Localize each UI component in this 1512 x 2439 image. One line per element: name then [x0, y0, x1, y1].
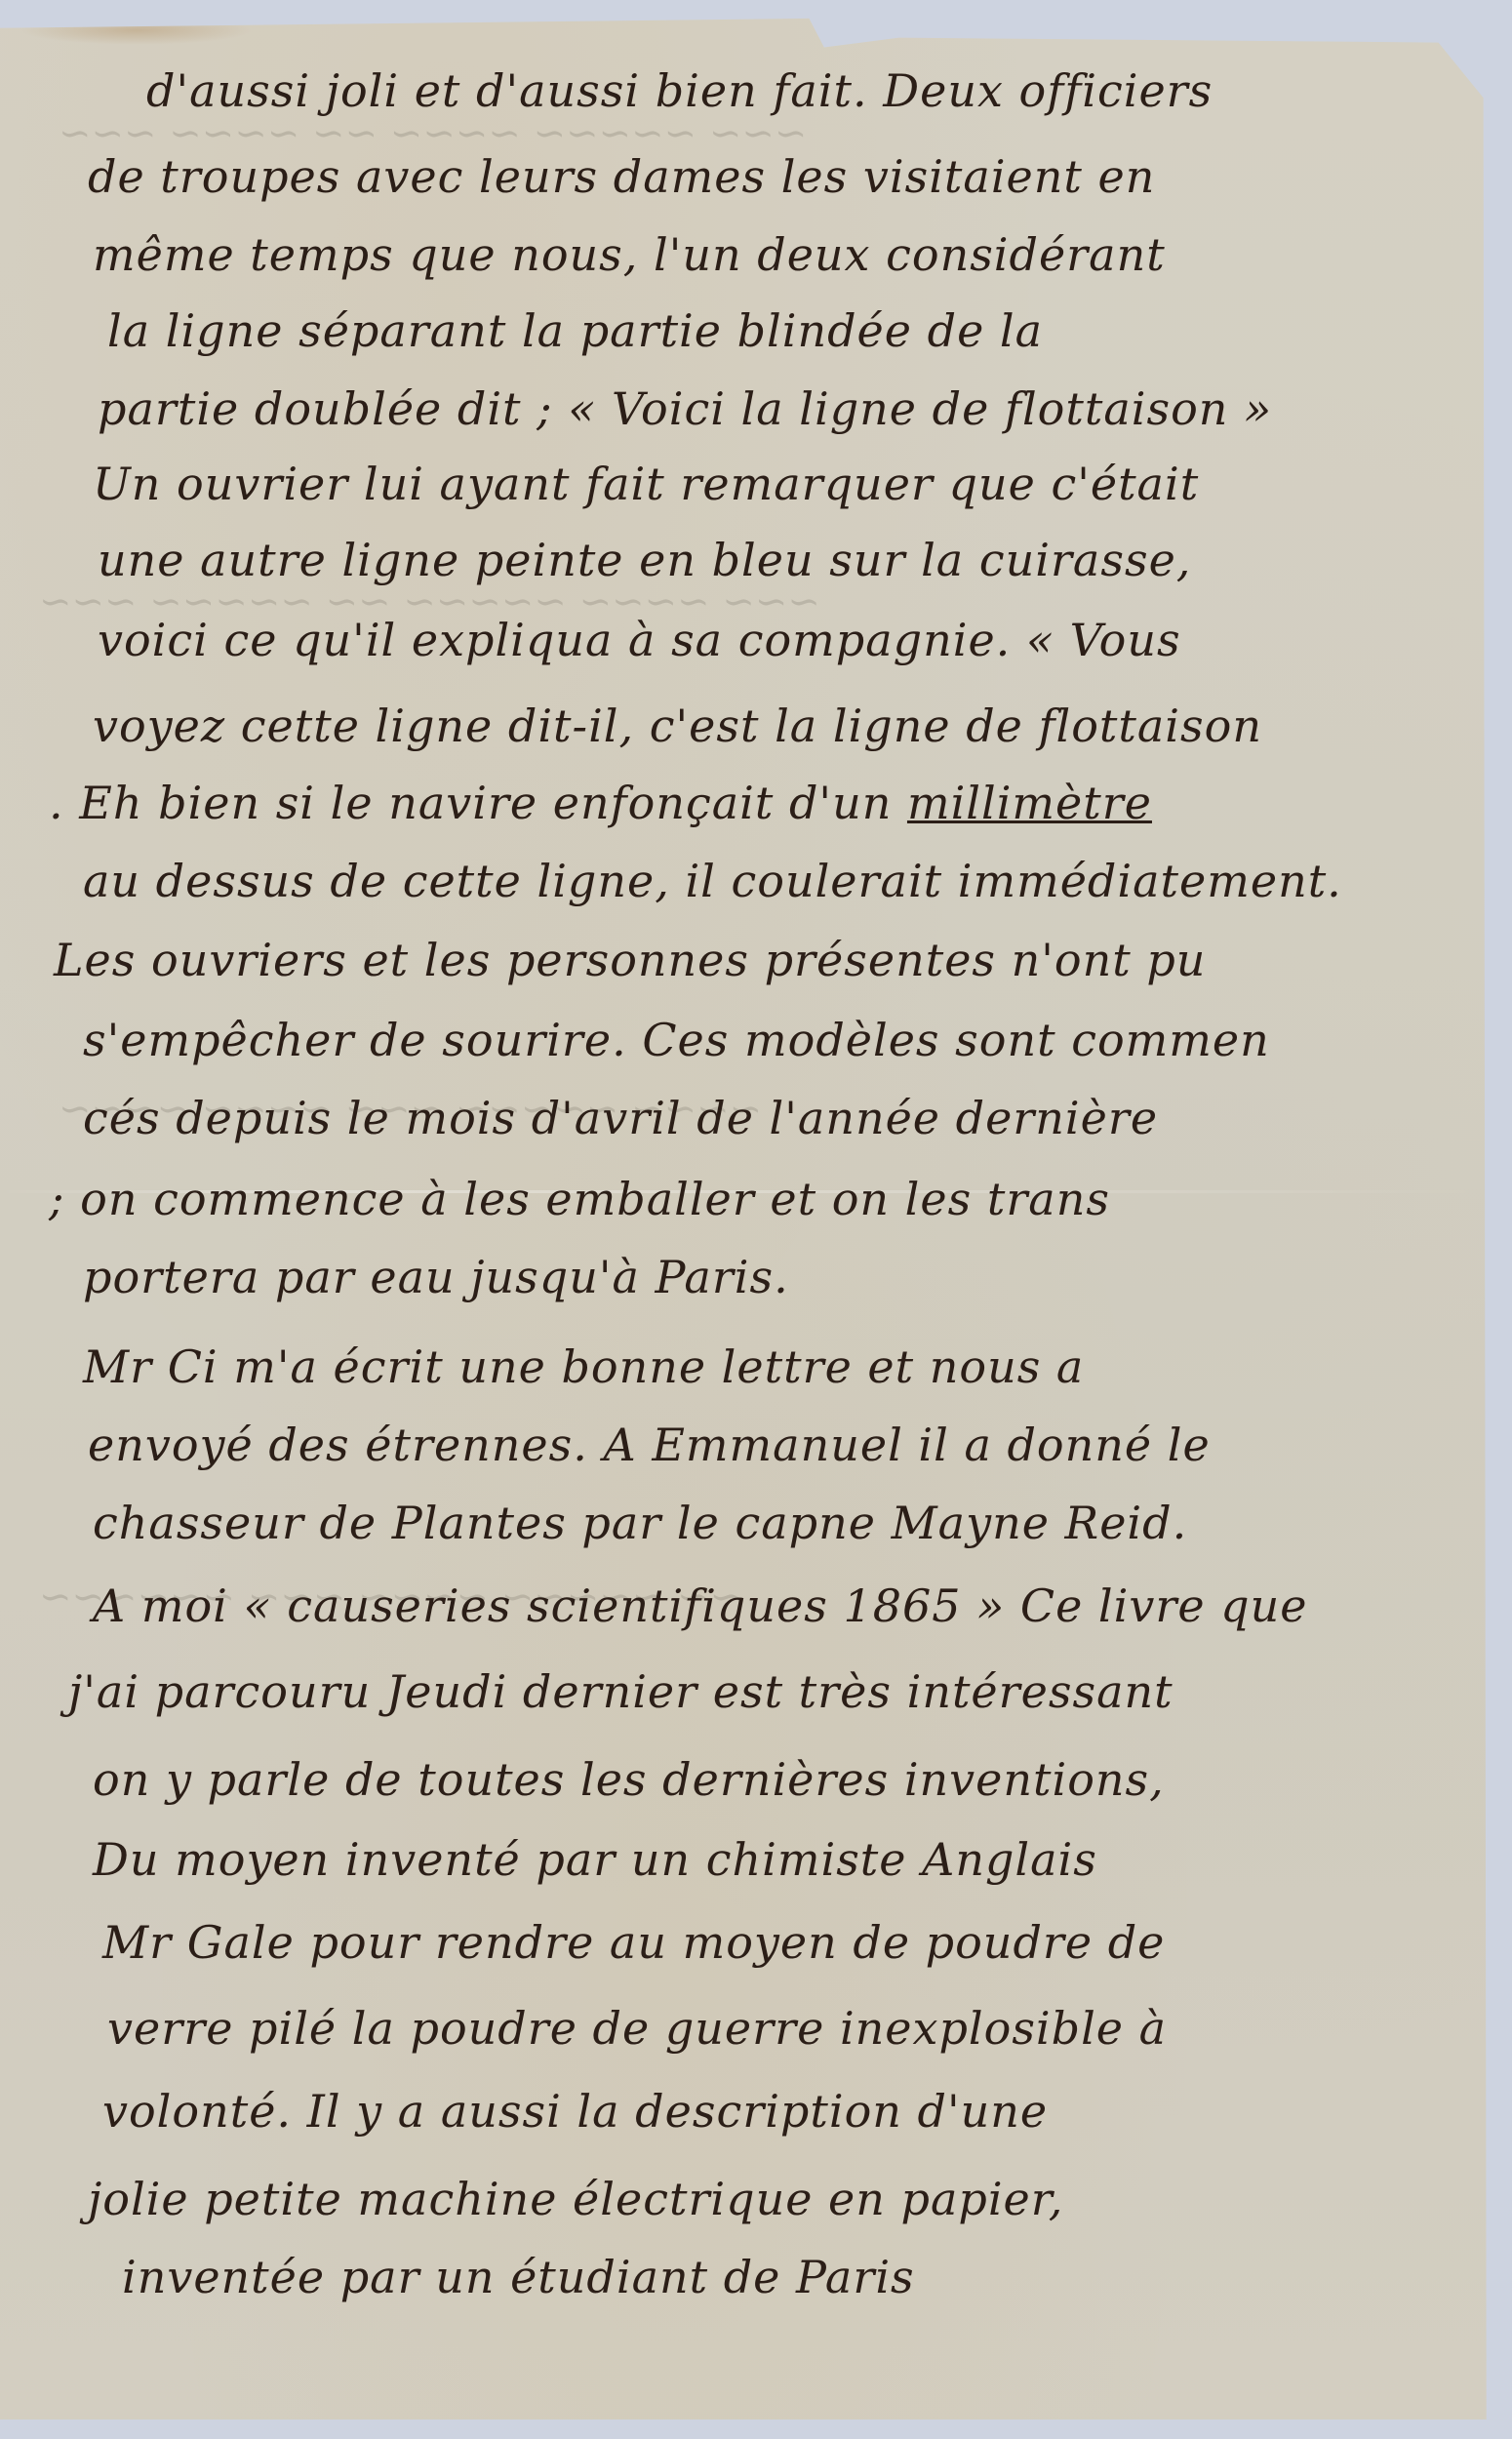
underlined-word: millimètre — [907, 777, 1152, 829]
letter-line-4: la ligne séparant la partie blindée de l… — [107, 304, 1043, 357]
letter-line-23: Du moyen inventé par un chimiste Anglais — [93, 1833, 1097, 1886]
letter-page: ∼∼∼ ∼∼∼∼∼ ∼∼∼∼ ∼∼ ∼∼∼∼ ∼∼∼ ∼∼∼ ∼∼∼∼ ∼∼∼∼… — [0, 14, 1498, 2419]
letter-line-9: voyez cette ligne dit-il, c'est la ligne… — [93, 700, 1262, 752]
letter-line-27: jolie petite machine électrique en papie… — [88, 2173, 1063, 2225]
letter-line-1: d'aussi joli et d'aussi bien fait. Deux … — [146, 64, 1483, 117]
letter-line-14: cés depuis le mois d'avril de l'année de… — [83, 1092, 1158, 1144]
letter-line-25: verre pilé la poudre de guerre inexplosi… — [107, 2002, 1167, 2055]
letter-line-13: s'empêcher de sourire. Ces modèles sont … — [83, 1014, 1270, 1066]
letter-line-21: j'ai parcouru Jeudi dernier est très int… — [68, 1665, 1174, 1718]
letter-line-12: Les ouvriers et les personnes présentes … — [54, 934, 1206, 986]
letter-line-15: ; on commence à les emballer et on les t… — [49, 1173, 1110, 1225]
letter-line-19: chasseur de Plantes par le capne Mayne R… — [93, 1497, 1187, 1549]
letter-line-8: voici ce qu'il expliqua à sa compagnie. … — [98, 614, 1181, 666]
letter-line-6: Un ouvrier lui ayant fait remarquer que … — [93, 458, 1199, 510]
letter-line-28: inventée par un étudiant de Paris — [122, 2251, 915, 2303]
letter-line-3: même temps que nous, l'un deux considéra… — [93, 228, 1166, 281]
letter-line-2: de troupes avec leurs dames les visitaie… — [88, 150, 1155, 203]
letter-line-7: une autre ligne peinte en bleu sur la cu… — [98, 534, 1191, 586]
letter-line-10: . Eh bien si le navire enfonçait d'un mi… — [49, 777, 1152, 829]
letter-line-11: au dessus de cette ligne, il coulerait i… — [83, 855, 1342, 907]
letter-line-26: volonté. Il y a aussi la description d'u… — [102, 2085, 1048, 2138]
letter-line-20: A moi « causeries scientifiques 1865 » C… — [93, 1579, 1307, 1632]
letter-line-5: partie doublée dit ; « Voici la ligne de… — [98, 382, 1272, 435]
letter-line-18: envoyé des étrennes. A Emmanuel il a don… — [88, 1419, 1211, 1471]
letter-line-17: Mr Ci m'a écrit une bonne lettre et nous… — [83, 1340, 1084, 1393]
paper-stain — [20, 16, 254, 45]
letter-line-16: portera par eau jusqu'à Paris. — [83, 1251, 789, 1303]
letter-line-24: Mr Gale pour rendre au moyen de poudre d… — [102, 1916, 1165, 1969]
letter-line-22: on y parle de toutes les dernières inven… — [93, 1753, 1165, 1806]
letter-line-10-text: . Eh bien si le navire enfonçait d'un mi… — [49, 777, 1152, 829]
